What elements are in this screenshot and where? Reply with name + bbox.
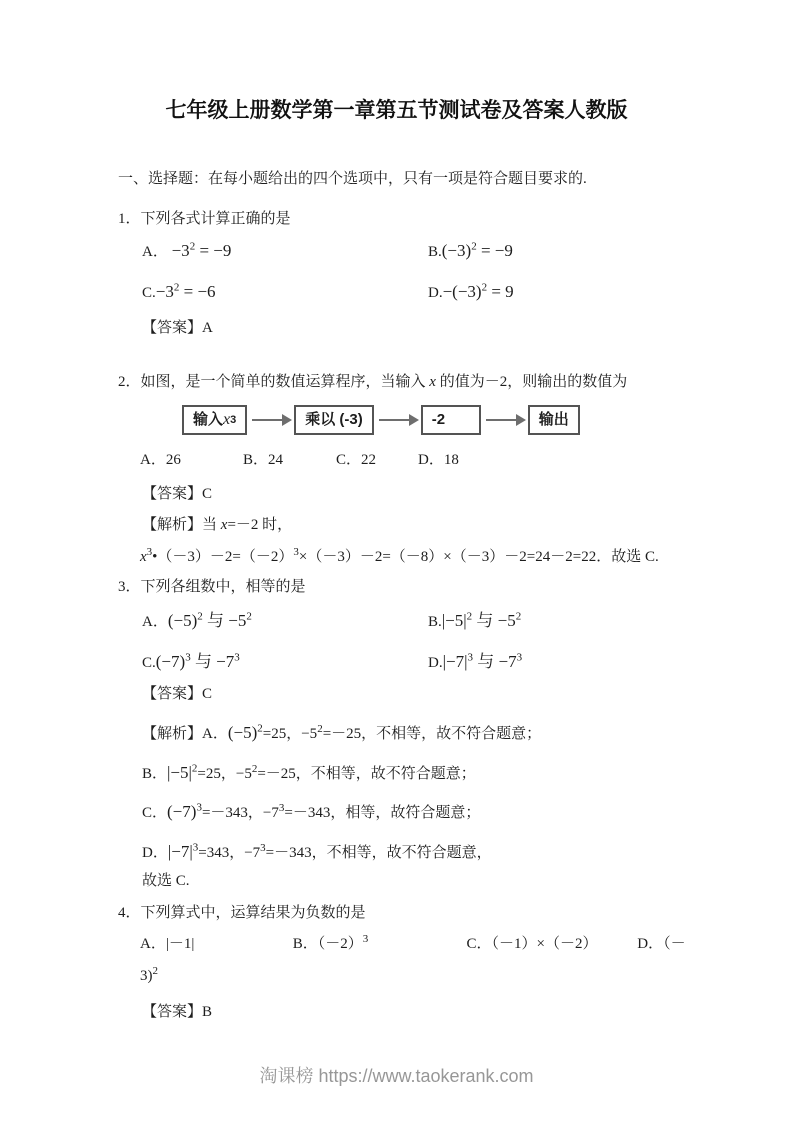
question-2-option-d: D．18 — [418, 450, 459, 472]
question-3-option-d: D.|−7|3 与 −73 — [428, 650, 738, 675]
question-2-options-row: A．26 B．24 C．22 D．18 — [118, 450, 738, 472]
flow-box-multiply: 乘以 (-3) — [294, 405, 374, 435]
question-3-option-c: C.(−7)3 与 −73 — [142, 650, 428, 675]
question-4-option-b: B．（－2）3 — [293, 934, 463, 956]
question-1-option-c: C.−32 = −6 — [142, 280, 428, 305]
question-3-analysis-d: D．|−7|3=343，−73=－343，不相等，故不符合题意， — [118, 840, 738, 865]
question-4-answer: 【答案】B — [118, 1002, 738, 1024]
question-2-option-b: B．24 — [243, 450, 336, 472]
flow-box-input: 输入 x3 — [182, 405, 247, 435]
question-2-analysis-intro: 【解析】当 x=－2 时， — [118, 515, 738, 537]
question-3-options-row-ab: A．(−5)2 与 −52 B.|−5|2 与 −52 — [118, 609, 738, 634]
question-3-analysis-a: 【解析】A．(−5)2=25，−52=－25，不相等，故不符合题意； — [118, 721, 738, 746]
question-4-option-c: C．（－1）×（－2） — [467, 934, 634, 956]
question-3-option-b: B.|−5|2 与 −52 — [428, 609, 738, 634]
flow-box-subtract: -2 — [421, 405, 481, 435]
document-page: 七年级上册数学第一章第五节测试卷及答案人教版 一、选择题：在每小题给出的四个选项… — [0, 0, 793, 1122]
question-3-answer: 【答案】C — [118, 684, 738, 706]
question-1-stem: 1．下列各式计算正确的是 — [118, 209, 738, 231]
question-4-option-a: A．|－1| — [140, 934, 289, 956]
right-arrow-icon — [379, 419, 417, 421]
question-3-option-a: A．(−5)2 与 −52 — [142, 609, 428, 634]
right-arrow-icon — [486, 419, 524, 421]
question-2-answer: 【答案】C — [118, 484, 738, 506]
question-4-stem: 4．下列算式中，运算结果为负数的是 — [118, 903, 738, 925]
question-1-option-b: B.(−3)2 = −9 — [428, 239, 738, 264]
question-3-analysis-c: C．(−7)3=－343，−73=－343，相等，故符合题意； — [118, 800, 738, 825]
question-3-analysis-conclusion: 故选 C. — [118, 871, 738, 893]
question-2-stem: 2．如图，是一个简单的数值运算程序，当输入 x 的值为－2，则输出的数值为 — [118, 372, 738, 394]
question-1-option-a: A． −32 = −9 — [142, 239, 428, 264]
flow-diagram: 输入 x3 乘以 (-3) -2 输出 — [182, 404, 738, 436]
question-2-option-c: C．22 — [336, 450, 418, 472]
section-heading: 一、选择题：在每小题给出的四个选项中，只有一项是符合题目要求的. — [118, 169, 738, 191]
question-1-option-d: D.−(−3)2 = 9 — [428, 280, 738, 305]
question-4-option-d: D．（－ — [637, 934, 685, 956]
question-2-analysis-calculation: x3•（－3）－2=（－2）3×（－3）－2=（－8）×（－3）－2=24－2=… — [118, 547, 738, 569]
question-4-options-row: A．|－1| B．（－2）3 C．（－1）×（－2） D．（－ — [118, 934, 738, 956]
question-3-options-row-cd: C.(−7)3 与 −73 D.|−7|3 与 −73 — [118, 650, 738, 675]
question-3-analysis-b: B．|−5|2=25，−52=－25，不相等，故不符合题意； — [118, 761, 738, 786]
question-3-stem: 3．下列各组数中，相等的是 — [118, 577, 738, 599]
watermark-footer: 淘课榜 https://www.taokerank.com — [0, 1063, 793, 1089]
flow-box-output: 输出 — [528, 405, 580, 435]
question-2-option-a: A．26 — [140, 450, 243, 472]
question-4-option-d-wrapped: 3)2 — [118, 966, 738, 988]
document-body: 一、选择题：在每小题给出的四个选项中，只有一项是符合题目要求的. 1．下列各式计… — [0, 169, 793, 1023]
right-arrow-icon — [252, 419, 290, 421]
question-1-options-row-ab: A． −32 = −9 B.(−3)2 = −9 — [118, 239, 738, 264]
question-1-answer: 【答案】A — [118, 318, 738, 340]
question-1-options-row-cd: C.−32 = −6 D.−(−3)2 = 9 — [118, 280, 738, 305]
page-title: 七年级上册数学第一章第五节测试卷及答案人教版 — [0, 0, 793, 123]
